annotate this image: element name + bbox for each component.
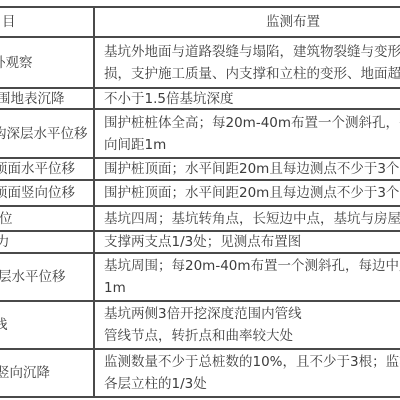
arrangement-line: 各层立柱的1/3处: [104, 373, 400, 395]
arrangement-line: 基坑四周；基坑转角点，长短边中点，基坑与房屋之间: [104, 208, 400, 230]
arrangement-line: 管线节点，转折点和曲率较大处: [104, 325, 400, 347]
arrangement-line: 基坑周围；每20m-40m布置一个测斜孔，每边中点及转角: [104, 255, 400, 277]
item-cell: 竖向沉降: [0, 350, 93, 396]
header-label-arrangement: 监测布置: [266, 11, 400, 33]
header-label-item: 目: [2, 11, 93, 33]
item-label: 构深层水平位移: [0, 123, 93, 145]
item-cell: 顶面水平位移: [0, 159, 93, 179]
header-cell-arrangement: 监测布置: [93, 8, 400, 36]
arrangement-cell: 监测数量不少于总桩数的10%，且不少于3根；监测点 各层立柱的1/3处: [93, 350, 400, 396]
arrangement-line: 不小于1.5倍基坑深度: [104, 89, 400, 108]
item-label: 层水平位移: [0, 266, 93, 288]
item-cell: 线: [0, 302, 93, 348]
cropped-table-screenshot: 目 监测布置 外观察 基坑外地面与道路裂缝与塌陷，建筑物裂缝与变形破 损，支护施…: [0, 0, 400, 400]
arrangement-cell: 不小于1.5倍基坑深度: [93, 89, 400, 108]
item-label: 外观察: [0, 52, 93, 74]
item-label: 线: [0, 314, 93, 336]
table-row: 线 基坑两侧3倍开挖深度范围内管线 管线节点，转折点和曲率较大处: [0, 302, 400, 350]
table-header-row: 目 监测布置: [0, 8, 400, 38]
arrangement-line: 损，支护施工质量、内支撑和立柱的变形、地面超载情况: [104, 63, 400, 85]
arrangement-line: 基坑外地面与道路裂缝与塌陷，建筑物裂缝与变形破: [104, 41, 400, 63]
arrangement-cell: 基坑外地面与道路裂缝与塌陷，建筑物裂缝与变形破 损，支护施工质量、内支撑和立柱的…: [93, 38, 400, 87]
item-label: 竖向沉降: [0, 362, 93, 384]
table-row: 位 基坑四周；基坑转角点，长短边中点，基坑与房屋之间: [0, 207, 400, 232]
table-row: 层水平位移 基坑周围；每20m-40m布置一个测斜孔，每边中点及转角 1m: [0, 254, 400, 302]
item-cell: 顶面竖向位移: [0, 181, 93, 205]
arrangement-line: 围护桩顶面；水平间距20m且每边测点不少于3个: [104, 182, 400, 204]
arrangement-cell: 基坑四周；基坑转角点，长短边中点，基坑与房屋之间: [93, 207, 400, 230]
item-cell: 力: [0, 232, 93, 252]
arrangement-line: 向间距1m: [104, 134, 400, 156]
item-label: 力: [0, 232, 93, 252]
table-row: 顶面竖向位移 围护桩顶面；水平间距20m且每边测点不少于3个: [0, 181, 400, 207]
item-cell: 层水平位移: [0, 254, 93, 300]
arrangement-cell: 基坑两侧3倍开挖深度范围内管线 管线节点，转折点和曲率较大处: [93, 302, 400, 348]
monitoring-arrangement-table: 目 监测布置 外观察 基坑外地面与道路裂缝与塌陷，建筑物裂缝与变形破 损，支护施…: [0, 6, 400, 398]
item-cell: 位: [0, 207, 93, 230]
arrangement-line: 基坑两侧3倍开挖深度范围内管线: [104, 303, 400, 325]
item-cell: 构深层水平位移: [0, 110, 93, 157]
arrangement-cell: 基坑周围；每20m-40m布置一个测斜孔，每边中点及转角 1m: [93, 254, 400, 300]
item-label: 顶面竖向位移: [0, 182, 93, 204]
arrangement-line: 1m: [104, 277, 400, 299]
item-cell: 外观察: [0, 38, 93, 87]
item-label: 顶面水平位移: [0, 159, 93, 179]
table-row: 竖向沉降 监测数量不少于总桩数的10%，且不少于3根；监测点 各层立柱的1/3处: [0, 350, 400, 398]
item-label: 围地表沉降: [0, 89, 93, 108]
item-label: 位: [0, 208, 93, 230]
table-row: 外观察 基坑外地面与道路裂缝与塌陷，建筑物裂缝与变形破 损，支护施工质量、内支撑…: [0, 38, 400, 89]
arrangement-line: 支撑两支点1/3处；见测点布置图: [104, 232, 400, 252]
arrangement-line: 围护桩桩体全高；每20m-40m布置一个测斜孔，每边中点: [104, 112, 400, 134]
table-row: 围地表沉降 不小于1.5倍基坑深度: [0, 89, 400, 110]
table-row: 构深层水平位移 围护桩桩体全高；每20m-40m布置一个测斜孔，每边中点 向间距…: [0, 110, 400, 159]
arrangement-line: 围护桩顶面；水平间距20m且每边测点不少于3个: [104, 159, 400, 179]
arrangement-cell: 围护桩顶面；水平间距20m且每边测点不少于3个: [93, 159, 400, 179]
arrangement-line: 监测数量不少于总桩数的10%，且不少于3根；监测点: [104, 351, 400, 373]
arrangement-cell: 围护桩桩体全高；每20m-40m布置一个测斜孔，每边中点 向间距1m: [93, 110, 400, 157]
table-row: 顶面水平位移 围护桩顶面；水平间距20m且每边测点不少于3个: [0, 159, 400, 181]
item-cell: 围地表沉降: [0, 89, 93, 108]
arrangement-cell: 围护桩顶面；水平间距20m且每边测点不少于3个: [93, 181, 400, 205]
table-row: 力 支撑两支点1/3处；见测点布置图: [0, 232, 400, 254]
header-cell-item: 目: [0, 8, 93, 36]
arrangement-cell: 支撑两支点1/3处；见测点布置图: [93, 232, 400, 252]
